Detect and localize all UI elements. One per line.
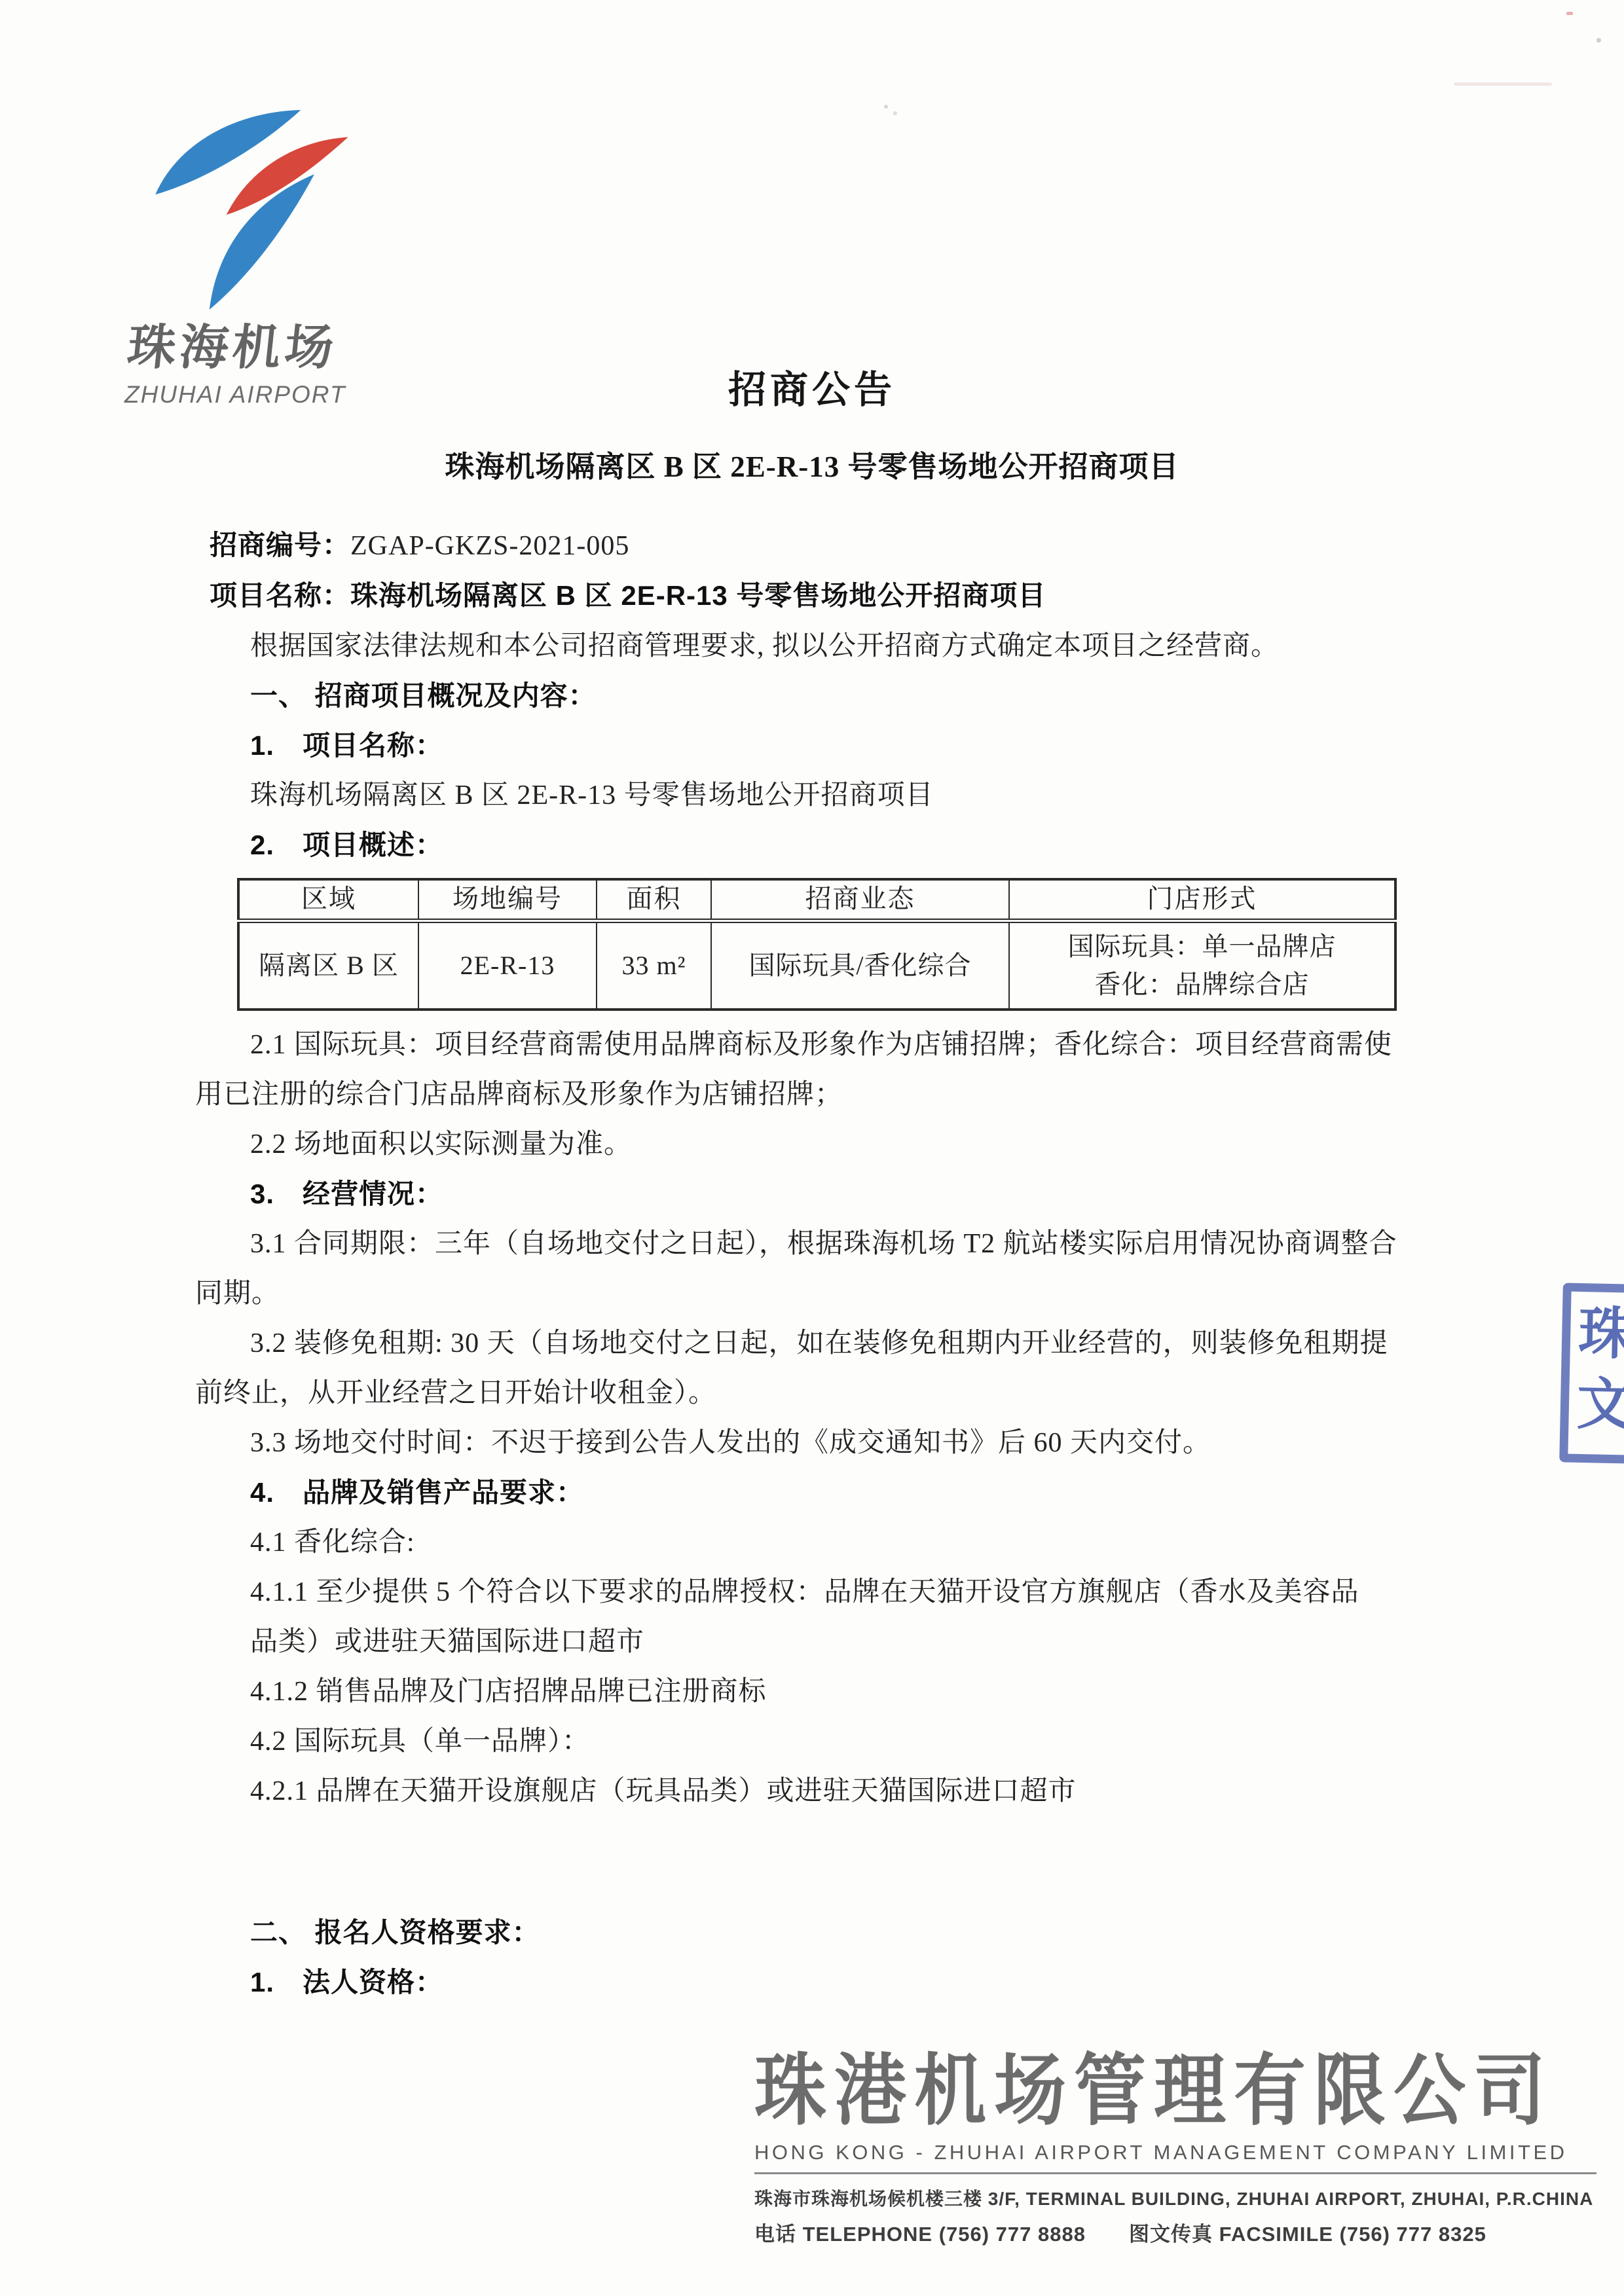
document-body: 招商编号：ZGAP-GKZS-2021-005项目名称：珠海机场隔离区 B 区 … [195, 520, 1441, 2007]
scan-speck [1454, 82, 1552, 86]
document-subtitle: 珠海机场隔离区 B 区 2E-R-13 号零售场地公开招商项目 [0, 443, 1624, 485]
footer-telephone: 电话 TELEPHONE (756) 777 8888 [754, 2223, 1086, 2246]
text-line: 4. 品牌及销售产品要求： [195, 1468, 1441, 1518]
project-code-label: 招商编号： [210, 530, 350, 560]
table-header-row: 区域场地编号面积招商业态门店形式 [238, 879, 1395, 921]
text-line: 4.1 香化综合: [195, 1518, 1441, 1567]
clause-4-1-2: 4.1.2 销售品牌及门店招牌品牌已注册商标 [195, 1667, 1441, 1717]
project-overview-table: 区域场地编号面积招商业态门店形式隔离区 B 区2E-R-1333 m²国际玩具/… [237, 878, 1397, 1011]
table-header-cell: 门店形式 [1009, 879, 1395, 921]
table-cell: 国际玩具/香化综合 [711, 921, 1009, 1010]
footer-address: 珠海市珠海机场候机楼三楼 3/F, TERMINAL BUILDING, ZHU… [754, 2185, 1606, 2211]
table-cell-line: 33 m² [597, 947, 710, 985]
text-line: 4.1.2 销售品牌及门店招牌品牌已注册商标 [195, 1667, 1441, 1717]
text-line: 2.1 国际玩具：项目经营商需使用品牌商标及形象作为店铺招牌；香化综合：项目经营… [195, 1020, 1441, 1070]
text-line: 3.2 装修免租期: 30 天（自场地交付之日起，如在装修免租期内开业经营的，则… [195, 1319, 1441, 1368]
text-run: 1. 项目名称： [250, 730, 443, 761]
stamp-char-bottom: 文 [1576, 1369, 1624, 1442]
clause-4-2-1: 4.2.1 品牌在天猫开设旗舰店（玩具品类）或进驻天猫国际进口超市 [195, 1766, 1441, 1816]
text-run: 2.1 国际玩具：项目经营商需使用品牌商标及形象作为店铺招牌；香化综合：项目经营… [250, 1030, 1392, 1060]
letterhead-footer: 珠港机场管理有限公司 HONG KONG - ZHUHAI AIRPORT MA… [754, 2028, 1606, 2247]
text-run: 2. 项目概述： [250, 829, 443, 860]
project-name-label: 项目名称： [210, 580, 350, 611]
text-run: 4.1.1 至少提供 5 个符合以下要求的品牌授权：品牌在天猫开设官方旗舰店（香… [250, 1577, 1359, 1607]
footer-divider [754, 2172, 1596, 2174]
text-line: 珠海机场隔离区 B 区 2E-R-13 号零售场地公开招商项目 [195, 771, 1441, 820]
text-run: 4.1 香化综合: [250, 1527, 415, 1558]
text-line: 用已注册的综合门店品牌商标及形象作为店铺招牌； [195, 1070, 1441, 1120]
text-line: 项目名称：珠海机场隔离区 B 区 2E-R-13 号零售场地公开招商项目 [210, 571, 1441, 621]
text-line: 同期。 [195, 1269, 1441, 1319]
table-cell-line: 隔离区 B 区 [240, 947, 418, 985]
text-line: 2.2 场地面积以实际测量为准。 [195, 1120, 1441, 1169]
text-run: 3.2 装修免租期: 30 天（自场地交付之日起，如在装修免租期内开业经营的，则… [250, 1328, 1388, 1358]
text-run: 1. 法人资格： [250, 1967, 443, 1997]
table-cell: 2E-R-13 [418, 921, 597, 1010]
text-run: 3.1 合同期限：三年（自场地交付之日起），根据珠海机场 T2 航站楼实际启用情… [250, 1229, 1397, 1259]
clause-2-2: 2.2 场地面积以实际测量为准。 [195, 1120, 1441, 1169]
clause-4-1: 4.1 香化综合: [195, 1518, 1441, 1567]
text-run: 4.2 国际玩具（单一品牌）： [250, 1726, 590, 1757]
clause-3-2: 3.2 装修免租期: 30 天（自场地交付之日起，如在装修免租期内开业经营的，则… [195, 1319, 1441, 1418]
table-cell-line: 国际玩具：单一品牌店 [1010, 928, 1394, 966]
item-4-heading: 4. 品牌及销售产品要求： [195, 1468, 1441, 1518]
document-title: 招商公告 [0, 359, 1624, 414]
table-header-cell: 区域 [238, 879, 418, 921]
clause-2-1: 2.1 国际玩具：项目经营商需使用品牌商标及形象作为店铺招牌；香化综合：项目经营… [195, 1020, 1441, 1120]
text-run: 2.2 场地面积以实际测量为准。 [250, 1129, 632, 1159]
text-line: 二、 报名人资格要求： [195, 1908, 1441, 1958]
footer-company-name-cn: 珠港机场管理有限公司 [754, 2028, 1606, 2140]
text-run: 3.3 场地交付时间：不迟于接到公告人发出的《成交通知书》后 60 天内交付。 [250, 1428, 1211, 1458]
text-run: 用已注册的综合门店品牌商标及形象作为店铺招牌； [195, 1080, 843, 1110]
table-cell: 国际玩具：单一品牌店香化：品牌综合店 [1009, 921, 1395, 1010]
clause-4-1-1: 4.1.1 至少提供 5 个符合以下要求的品牌授权：品牌在天猫开设官方旗舰店（香… [195, 1567, 1441, 1667]
text-line: 品类）或进驻天猫国际进口超市 [195, 1617, 1441, 1667]
text-run: 一、 招商项目概况及内容： [250, 680, 597, 711]
item-1-heading: 1. 项目名称： [195, 721, 1441, 771]
text-line: 3.3 场地交付时间：不迟于接到公告人发出的《成交通知书》后 60 天内交付。 [195, 1418, 1441, 1468]
stamp-char-top: 珠 [1578, 1298, 1624, 1372]
item-3-heading: 3. 经营情况： [195, 1169, 1441, 1219]
text-line: 根据国家法律法规和本公司招商管理要求, 拟以公开招商方式确定本项目之经营商。 [195, 621, 1441, 671]
airport-logo-swoosh-icon [152, 110, 355, 313]
project-code-line: 招商编号：ZGAP-GKZS-2021-005 [195, 520, 1441, 571]
table-cell-line: 香化：品牌综合店 [1010, 966, 1394, 1004]
text-line: 3. 经营情况： [195, 1169, 1441, 1219]
table-header-cell: 面积 [597, 879, 711, 921]
table-cell-line: 国际玩具/香化综合 [712, 947, 1008, 985]
text-run: 同期。 [195, 1279, 280, 1309]
text-line: 一、 招商项目概况及内容： [195, 671, 1441, 721]
table-head: 区域场地编号面积招商业态门店形式 [238, 879, 1395, 921]
text-line: 1. 项目名称： [195, 721, 1441, 771]
clause-3-3: 3.3 场地交付时间：不迟于接到公告人发出的《成交通知书》后 60 天内交付。 [195, 1418, 1441, 1468]
project-code-value: ZGAP-GKZS-2021-005 [350, 531, 629, 561]
footer-phone-line: 电话 TELEPHONE (756) 777 8888图文传真 FACSIMIL… [754, 2217, 1606, 2247]
table-row: 隔离区 B 区2E-R-1333 m²国际玩具/香化综合国际玩具：单一品牌店香化… [238, 921, 1395, 1010]
blue-stamp: 珠 文 [1559, 1283, 1624, 1465]
scanned-document-page: 珠海机场 ZHUHAI AIRPORT 招商公告 珠海机场隔离区 B 区 2E-… [0, 0, 1624, 2296]
footer-company-name-en: HONG KONG - ZHUHAI AIRPORT MANAGEMENT CO… [754, 2141, 1606, 2164]
section-1-heading: 一、 招商项目概况及内容： [195, 671, 1441, 721]
text-line: 4.1.1 至少提供 5 个符合以下要求的品牌授权：品牌在天猫开设官方旗舰店（香… [195, 1567, 1441, 1617]
text-run: 4.2.1 品牌在天猫开设旗舰店（玩具品类）或进驻天猫国际进口超市 [250, 1776, 1077, 1806]
table-header-cell: 场地编号 [418, 879, 597, 921]
text-run: 根据国家法律法规和本公司招商管理要求, 拟以公开招商方式确定本项目之经营商。 [250, 631, 1279, 661]
text-run: 二、 报名人资格要求： [250, 1917, 540, 1948]
text-line: 1. 法人资格： [195, 1958, 1441, 2007]
scan-speck [1596, 38, 1601, 43]
table-cell: 33 m² [597, 921, 711, 1010]
table-cell: 隔离区 B 区 [238, 921, 418, 1010]
clause-4-2: 4.2 国际玩具（单一品牌）： [195, 1717, 1441, 1766]
text-line: 前终止，从开业经营之日开始计收租金）。 [195, 1368, 1441, 1418]
text-run: 珠海机场隔离区 B 区 2E-R-13 号零售场地公开招商项目 [250, 780, 934, 811]
text-run: 前终止，从开业经营之日开始计收租金）。 [195, 1378, 716, 1408]
text-line: 3.1 合同期限：三年（自场地交付之日起），根据珠海机场 T2 航站楼实际启用情… [195, 1219, 1441, 1269]
blank-space [195, 1816, 1441, 1908]
text-line: 4.2 国际玩具（单一品牌）： [195, 1717, 1441, 1766]
intro-paragraph: 根据国家法律法规和本公司招商管理要求, 拟以公开招商方式确定本项目之经营商。 [195, 621, 1441, 671]
item-legal-heading: 1. 法人资格： [195, 1958, 1441, 2007]
text-run: 3. 经营情况： [250, 1178, 443, 1209]
text-line: 招商编号：ZGAP-GKZS-2021-005 [210, 520, 1441, 571]
text-run: 4.1.2 销售品牌及门店招牌品牌已注册商标 [250, 1677, 767, 1707]
table-body: 隔离区 B 区2E-R-1333 m²国际玩具/香化综合国际玩具：单一品牌店香化… [238, 921, 1395, 1010]
text-run: 4. 品牌及销售产品要求： [250, 1477, 584, 1508]
text-line: 4.2.1 品牌在天猫开设旗舰店（玩具品类）或进驻天猫国际进口超市 [195, 1766, 1441, 1816]
scan-speck [884, 105, 888, 109]
text-line: 2. 项目概述： [195, 820, 1441, 870]
project-name-line: 项目名称：珠海机场隔离区 B 区 2E-R-13 号零售场地公开招商项目 [195, 571, 1441, 621]
text-run: 品类）或进驻天猫国际进口超市 [250, 1627, 644, 1657]
item-1-content: 珠海机场隔离区 B 区 2E-R-13 号零售场地公开招商项目 [195, 771, 1441, 820]
table-cell-line: 2E-R-13 [419, 947, 596, 985]
section-2-heading: 二、 报名人资格要求： [195, 1908, 1441, 1958]
clause-3-1: 3.1 合同期限：三年（自场地交付之日起），根据珠海机场 T2 航站楼实际启用情… [195, 1219, 1441, 1319]
footer-facsimile: 图文传真 FACSIMILE (756) 777 8325 [1129, 2223, 1486, 2246]
table-header-cell: 招商业态 [711, 879, 1009, 921]
project-name-value: 珠海机场隔离区 B 区 2E-R-13 号零售场地公开招商项目 [350, 580, 1046, 611]
scan-speck [1566, 12, 1573, 15]
item-2-heading: 2. 项目概述： [195, 820, 1441, 870]
